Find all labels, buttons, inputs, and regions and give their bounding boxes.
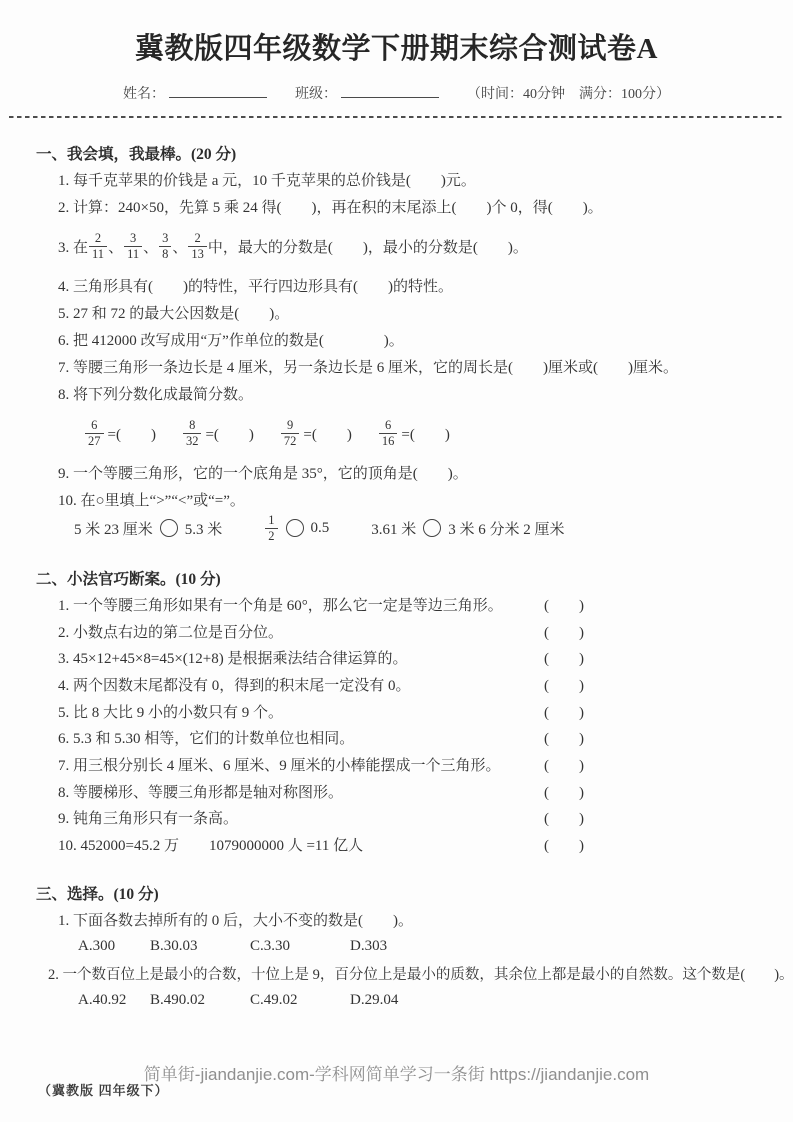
tf-text: 2. 小数点右边的第二位是百分位。 <box>58 621 283 642</box>
tf-text: 10. 452000=45.2 万 1079000000 人 =11 亿人 <box>58 834 363 855</box>
tf-item-8: 8. 等腰梯形、等腰三角形都是轴对称图形。 ( ) <box>58 778 785 805</box>
compare-circle <box>160 519 178 537</box>
tf-text: 7. 用三根分别长 4 厘米、6 厘米、9 厘米的小棒能摆成一个三角形。 <box>58 754 501 775</box>
compare-item: 12 0.5 <box>264 513 329 543</box>
fraction-separator: 、 <box>172 236 187 257</box>
fraction: 38 <box>159 231 171 261</box>
tf-item-5: 5. 比 8 大比 9 小的小数只有 9 个。 ( ) <box>58 698 785 725</box>
question-8: 8. 将下列分数化成最简分数。 <box>58 380 785 407</box>
option-a: A.300 <box>78 938 150 955</box>
answer-blank: ( ) <box>544 754 584 775</box>
compare-circle <box>423 519 441 537</box>
option-b: B.30.03 <box>150 938 250 955</box>
fraction: 12 <box>265 513 277 543</box>
tf-item-9: 9. 钝角三角形只有一条高。 ( ) <box>58 805 785 832</box>
tf-text: 4. 两个因数末尾都没有 0，得到的积末尾一定没有 0。 <box>58 674 411 695</box>
question-1: 1. 每千克苹果的价钱是 a 元，10 千克苹果的总价钱是( )元。 <box>58 166 785 193</box>
class-blank-line <box>341 84 439 98</box>
answer-blank: ( ) <box>544 781 584 802</box>
question-3-prefix: 3. 在 <box>58 236 88 257</box>
choice-question-2-options: A.40.92 B.490.02 C.49.02 D.29.04 <box>78 987 785 1014</box>
fraction: 213 <box>188 231 207 261</box>
question-9: 9. 一个等腰三角形，它的一个底角是 35°，它的顶角是( )。 <box>58 459 785 486</box>
section1-heading: 一、我会填，我最棒。(20 分) <box>36 140 785 166</box>
fraction: 972 <box>281 418 300 448</box>
question-6: 6. 把 412000 改写成用“万”作单位的数是( )。 <box>58 326 785 353</box>
question-10-compare-row: 5 米 23 厘米 5.3 米 12 0.5 3.61 米 3 米 6 分米 2… <box>74 513 785 543</box>
compare-left: 5 米 23 厘米 <box>74 518 153 539</box>
section2-heading: 二、小法官巧断案。(10 分) <box>36 565 785 591</box>
option-d: D.29.04 <box>350 992 398 1009</box>
compare-circle <box>286 519 304 537</box>
section-multiple-choice: 三、选择。(10 分) 1. 下面各数去掉所有的 0 后，大小不变的数是( )。… <box>36 880 785 1014</box>
simplify-fraction-item: 972 =( ) <box>280 418 352 448</box>
option-a: A.40.92 <box>78 992 150 1009</box>
student-info-row: 姓名：班级：（时间：40分钟 满分：100分） <box>0 83 793 103</box>
question-5: 5. 27 和 72 的最大公因数是( )。 <box>58 299 785 326</box>
option-c: C.49.02 <box>250 992 350 1009</box>
answer-blank: ( ) <box>544 621 584 642</box>
option-b: B.490.02 <box>150 992 250 1009</box>
answer-blank: ( ) <box>544 674 584 695</box>
answer-blank: =( ) <box>401 423 449 444</box>
tf-item-4: 4. 两个因数末尾都没有 0，得到的积末尾一定没有 0。 ( ) <box>58 671 785 698</box>
tf-item-2: 2. 小数点右边的第二位是百分位。 ( ) <box>58 618 785 645</box>
section-fill-blanks: 一、我会填，我最棒。(20 分) 1. 每千克苹果的价钱是 a 元，10 千克苹… <box>36 140 785 543</box>
answer-blank: ( ) <box>544 594 584 615</box>
simplify-fraction-item: 832 =( ) <box>182 418 254 448</box>
class-label: 班级： <box>295 87 337 102</box>
answer-blank: =( ) <box>205 423 253 444</box>
answer-blank: ( ) <box>544 834 584 855</box>
fraction: 627 <box>85 418 104 448</box>
option-c: C.3.30 <box>250 938 350 955</box>
compare-right: 5.3 米 <box>185 518 223 539</box>
answer-blank: =( ) <box>303 423 351 444</box>
choice-question-2: 2. 一个数百位上是最小的合数，十位上是 9，百分位上是最小的质数，其余位上都是… <box>48 960 785 987</box>
tf-text: 8. 等腰梯形、等腰三角形都是轴对称图形。 <box>58 781 343 802</box>
tf-text: 9. 钝角三角形只有一条高。 <box>58 807 238 828</box>
tf-item-6: 6. 5.3 和 5.30 相等，它们的计数单位也相同。 ( ) <box>58 724 785 751</box>
answer-blank: ( ) <box>544 727 584 748</box>
question-8-fraction-row: 627 =( ) 832 =( ) 972 =( ) 616 =( ) <box>84 407 785 459</box>
fraction-separator: 、 <box>143 236 158 257</box>
fraction: 616 <box>379 418 398 448</box>
tf-text: 3. 45×12+45×8=45×(12+8) 是根据乘法结合律运算的。 <box>58 647 408 668</box>
compare-left: 3.61 米 <box>371 518 416 539</box>
compare-item: 3.61 米 3 米 6 分米 2 厘米 <box>371 518 564 539</box>
simplify-fraction-item: 616 =( ) <box>378 418 450 448</box>
answer-blank: =( ) <box>108 423 156 444</box>
option-d: D.303 <box>350 938 387 955</box>
test-paper-page: 冀教版四年级数学下册期末综合测试卷A 姓名：班级：（时间：40分钟 满分：100… <box>0 0 793 1122</box>
page-title: 冀教版四年级数学下册期末综合测试卷A <box>0 26 793 67</box>
question-2: 2. 计算：240×50，先算 5 乘 24 得( )，再在积的末尾添上( )个… <box>58 193 785 220</box>
section3-heading: 三、选择。(10 分) <box>36 880 785 906</box>
choice-question-1: 1. 下面各数去掉所有的 0 后，大小不变的数是( )。 <box>58 906 785 933</box>
compare-item: 5 米 23 厘米 5.3 米 <box>74 518 222 539</box>
fraction: 211 <box>89 231 107 261</box>
section-true-false: 二、小法官巧断案。(10 分) 1. 一个等腰三角形如果有一个角是 60°，那么… <box>36 565 785 858</box>
question-4: 4. 三角形具有( )的特性，平行四边形具有( )的特性。 <box>58 272 785 299</box>
choice-question-1-options: A.300 B.30.03 C.3.30 D.303 <box>78 933 785 960</box>
tf-item-3: 3. 45×12+45×8=45×(12+8) 是根据乘法结合律运算的。 ( ) <box>58 644 785 671</box>
paper-body: 一、我会填，我最棒。(20 分) 1. 每千克苹果的价钱是 a 元，10 千克苹… <box>0 140 793 1014</box>
question-7: 7. 等腰三角形一条边长是 4 厘米，另一条边长是 6 厘米，它的周长是( )厘… <box>58 353 785 380</box>
answer-blank: ( ) <box>544 807 584 828</box>
answer-blank: ( ) <box>544 701 584 722</box>
question-3-suffix: 中，最大的分数是( )，最小的分数是( )。 <box>208 236 528 257</box>
tf-text: 1. 一个等腰三角形如果有一个角是 60°，那么它一定是等边三角形。 <box>58 594 503 615</box>
fraction: 311 <box>124 231 142 261</box>
name-blank-line <box>169 84 267 98</box>
question-10: 10. 在○里填上“>”“<”或“=”。 <box>58 486 785 513</box>
tf-item-1: 1. 一个等腰三角形如果有一个角是 60°，那么它一定是等边三角形。 ( ) <box>58 591 785 618</box>
tf-item-10: 10. 452000=45.2 万 1079000000 人 =11 亿人 ( … <box>58 831 785 858</box>
simplify-fraction-item: 627 =( ) <box>84 418 156 448</box>
name-label: 姓名： <box>123 87 165 102</box>
dashed-divider <box>9 116 784 118</box>
fraction: 832 <box>183 418 202 448</box>
answer-blank: ( ) <box>544 647 584 668</box>
tf-text: 6. 5.3 和 5.30 相等，它们的计数单位也相同。 <box>58 727 354 748</box>
footer-edition-label: （冀教版 四年级下） <box>38 1080 169 1099</box>
time-score-info: （时间：40分钟 满分：100分） <box>467 87 670 102</box>
tf-text: 5. 比 8 大比 9 小的小数只有 9 个。 <box>58 701 283 722</box>
compare-right: 0.5 <box>311 520 330 537</box>
question-3: 3. 在 211 、 311 、 38 、 213 中，最大的分数是( )，最小… <box>58 220 785 272</box>
compare-right: 3 米 6 分米 2 厘米 <box>448 518 564 539</box>
fraction-separator: 、 <box>108 236 123 257</box>
tf-item-7: 7. 用三根分别长 4 厘米、6 厘米、9 厘米的小棒能摆成一个三角形。 ( ) <box>58 751 785 778</box>
